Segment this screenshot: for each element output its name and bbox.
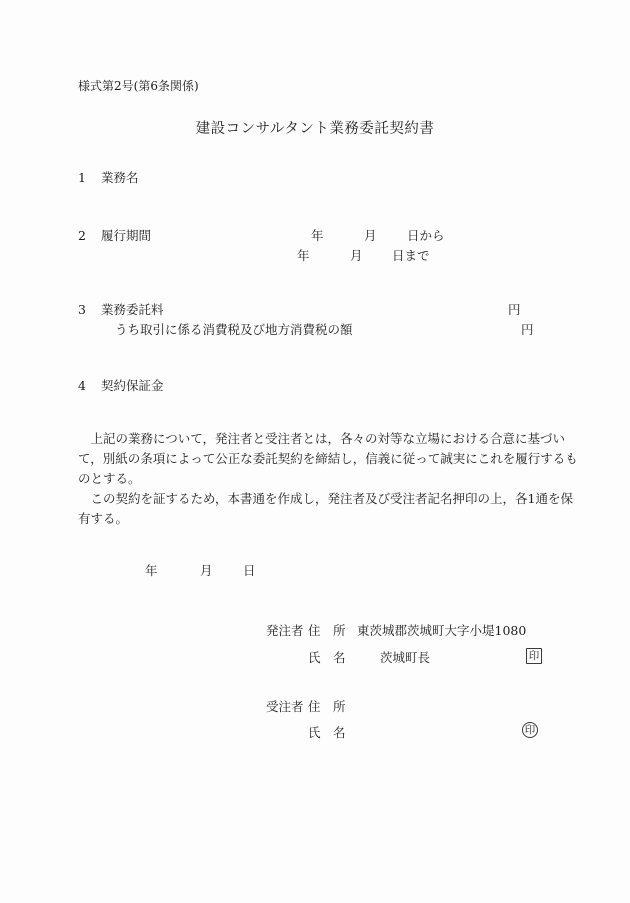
period-to-month-label: 月 [350, 248, 363, 263]
period-from-year-label: 年 [311, 228, 324, 243]
body-line: この契約を証するため，本書通を作成し，発注者及び受注者記名押印の上，各1通を保 [78, 489, 583, 509]
item3-number: 3 [78, 302, 86, 317]
period-from-day-label: 日から [407, 228, 445, 243]
item2-number: 2 [78, 228, 86, 243]
period-to-day-label: 日まで [392, 248, 430, 263]
item1-number: 1 [78, 170, 86, 185]
contract-body-text: 上記の業務について，発注者と受注者とは，各々の対等な立場における合意に基づい て… [78, 429, 583, 529]
orderer-role-label: 発注者 [266, 623, 304, 638]
body-line: 有する。 [78, 509, 583, 529]
body-line: て，別紙の条項によって公正な委託契約を締結し，信義に従って誠実にこれを履行するも [78, 449, 583, 469]
contractor-seal-mark: 印 [522, 722, 538, 738]
item4-label: 契約保証金 [101, 378, 164, 393]
period-to-year-label: 年 [297, 248, 310, 263]
tax-note-label: うち取引に係る消費税及び地方消費税の額 [115, 322, 353, 337]
item4-number: 4 [78, 378, 86, 393]
fee-unit-label: 円 [508, 302, 521, 317]
contract-document-page: 様式第2号(第6条関係) 建設コンサルタント業務委託契約書 1 業務名 2 履行… [0, 0, 630, 903]
date-year-label: 年 [145, 563, 158, 578]
contractor-name-label: 氏 名 [308, 725, 346, 740]
body-line: のとする。 [78, 469, 583, 489]
orderer-address-label: 住 所 [308, 623, 346, 638]
item2-label: 履行期間 [101, 228, 151, 243]
item3-label: 業務委託料 [101, 302, 164, 317]
orderer-name-value: 茨城町長 [380, 650, 430, 665]
form-number: 様式第2号(第6条関係) [78, 79, 199, 94]
item1-label: 業務名 [101, 170, 139, 185]
contractor-address-label: 住 所 [308, 699, 346, 714]
date-day-label: 日 [243, 563, 256, 578]
document-title: 建設コンサルタント業務委託契約書 [0, 117, 630, 138]
orderer-address-value: 東茨城郡茨城町大字小堤1080 [357, 623, 526, 638]
tax-unit-label: 円 [521, 322, 534, 337]
orderer-seal-mark: 印 [526, 648, 542, 664]
orderer-name-label: 氏 名 [308, 650, 346, 665]
period-from-month-label: 月 [364, 228, 377, 243]
date-month-label: 月 [200, 563, 213, 578]
body-line: 上記の業務について，発注者と受注者とは，各々の対等な立場における合意に基づい [78, 429, 583, 449]
contractor-role-label: 受注者 [266, 699, 304, 714]
